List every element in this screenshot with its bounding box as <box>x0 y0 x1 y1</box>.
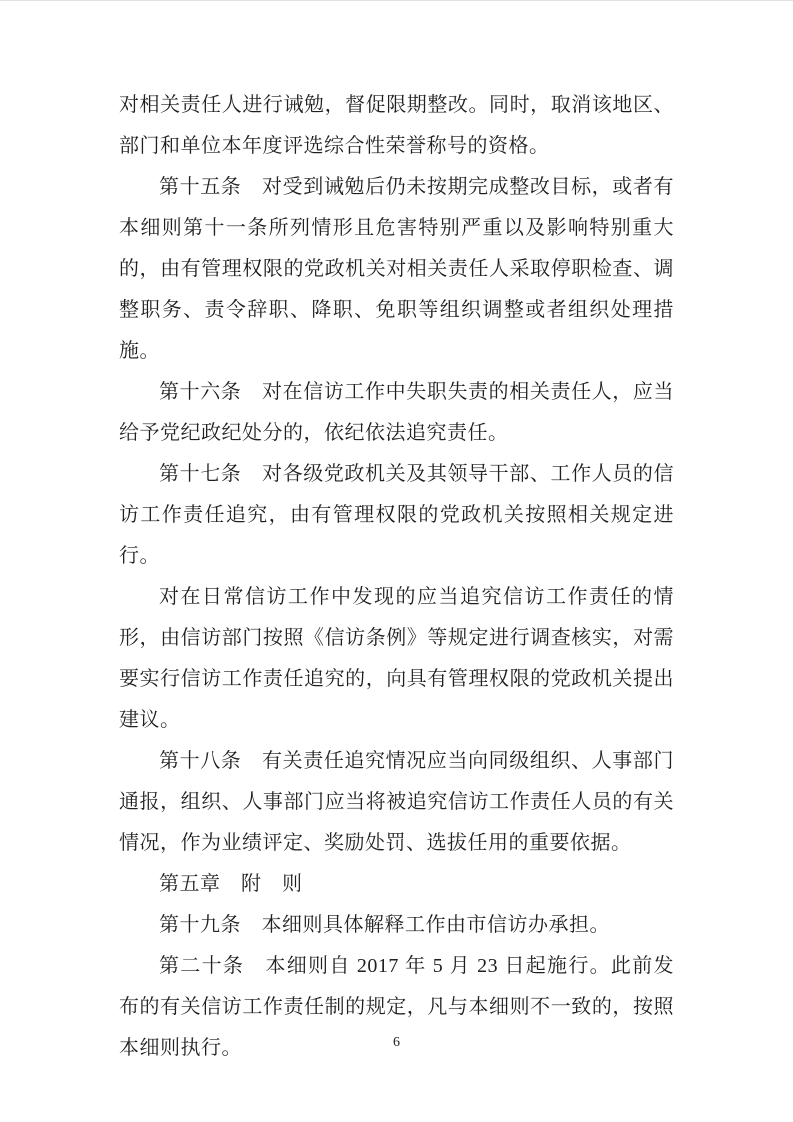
paragraph: 第十九条 本细则具体解释工作由市信访办承担。 <box>119 905 674 946</box>
paragraph: 对在日常信访工作中发现的应当追究信访工作责任的情形，由信访部门按照《信访条例》等… <box>119 577 674 741</box>
page-number: 6 <box>0 1034 793 1052</box>
paragraph: 第十六条 对在信访工作中失职失责的相关责任人，应当给予党纪政纪处分的，依纪依法追… <box>119 372 674 454</box>
paragraph: 第十五条 对受到诫勉后仍未按期完成整改目标，或者有本细则第十一条所列情形且危害特… <box>119 167 674 372</box>
paragraph: 第十七条 对各级党政机关及其领导干部、工作人员的信访工作责任追究，由有管理权限的… <box>119 454 674 577</box>
paragraph: 第十八条 有关责任追究情况应当向同级组织、人事部门通报，组织、人事部门应当将被追… <box>119 741 674 864</box>
document-page: 对相关责任人进行诫勉，督促限期整改。同时，取消该地区、部门和单位本年度评选综合性… <box>0 0 793 1122</box>
paragraph: 对相关责任人进行诫勉，督促限期整改。同时，取消该地区、部门和单位本年度评选综合性… <box>119 85 674 167</box>
document-body: 对相关责任人进行诫勉，督促限期整改。同时，取消该地区、部门和单位本年度评选综合性… <box>119 85 674 1069</box>
paragraph: 第五章 附 则 <box>119 864 674 905</box>
